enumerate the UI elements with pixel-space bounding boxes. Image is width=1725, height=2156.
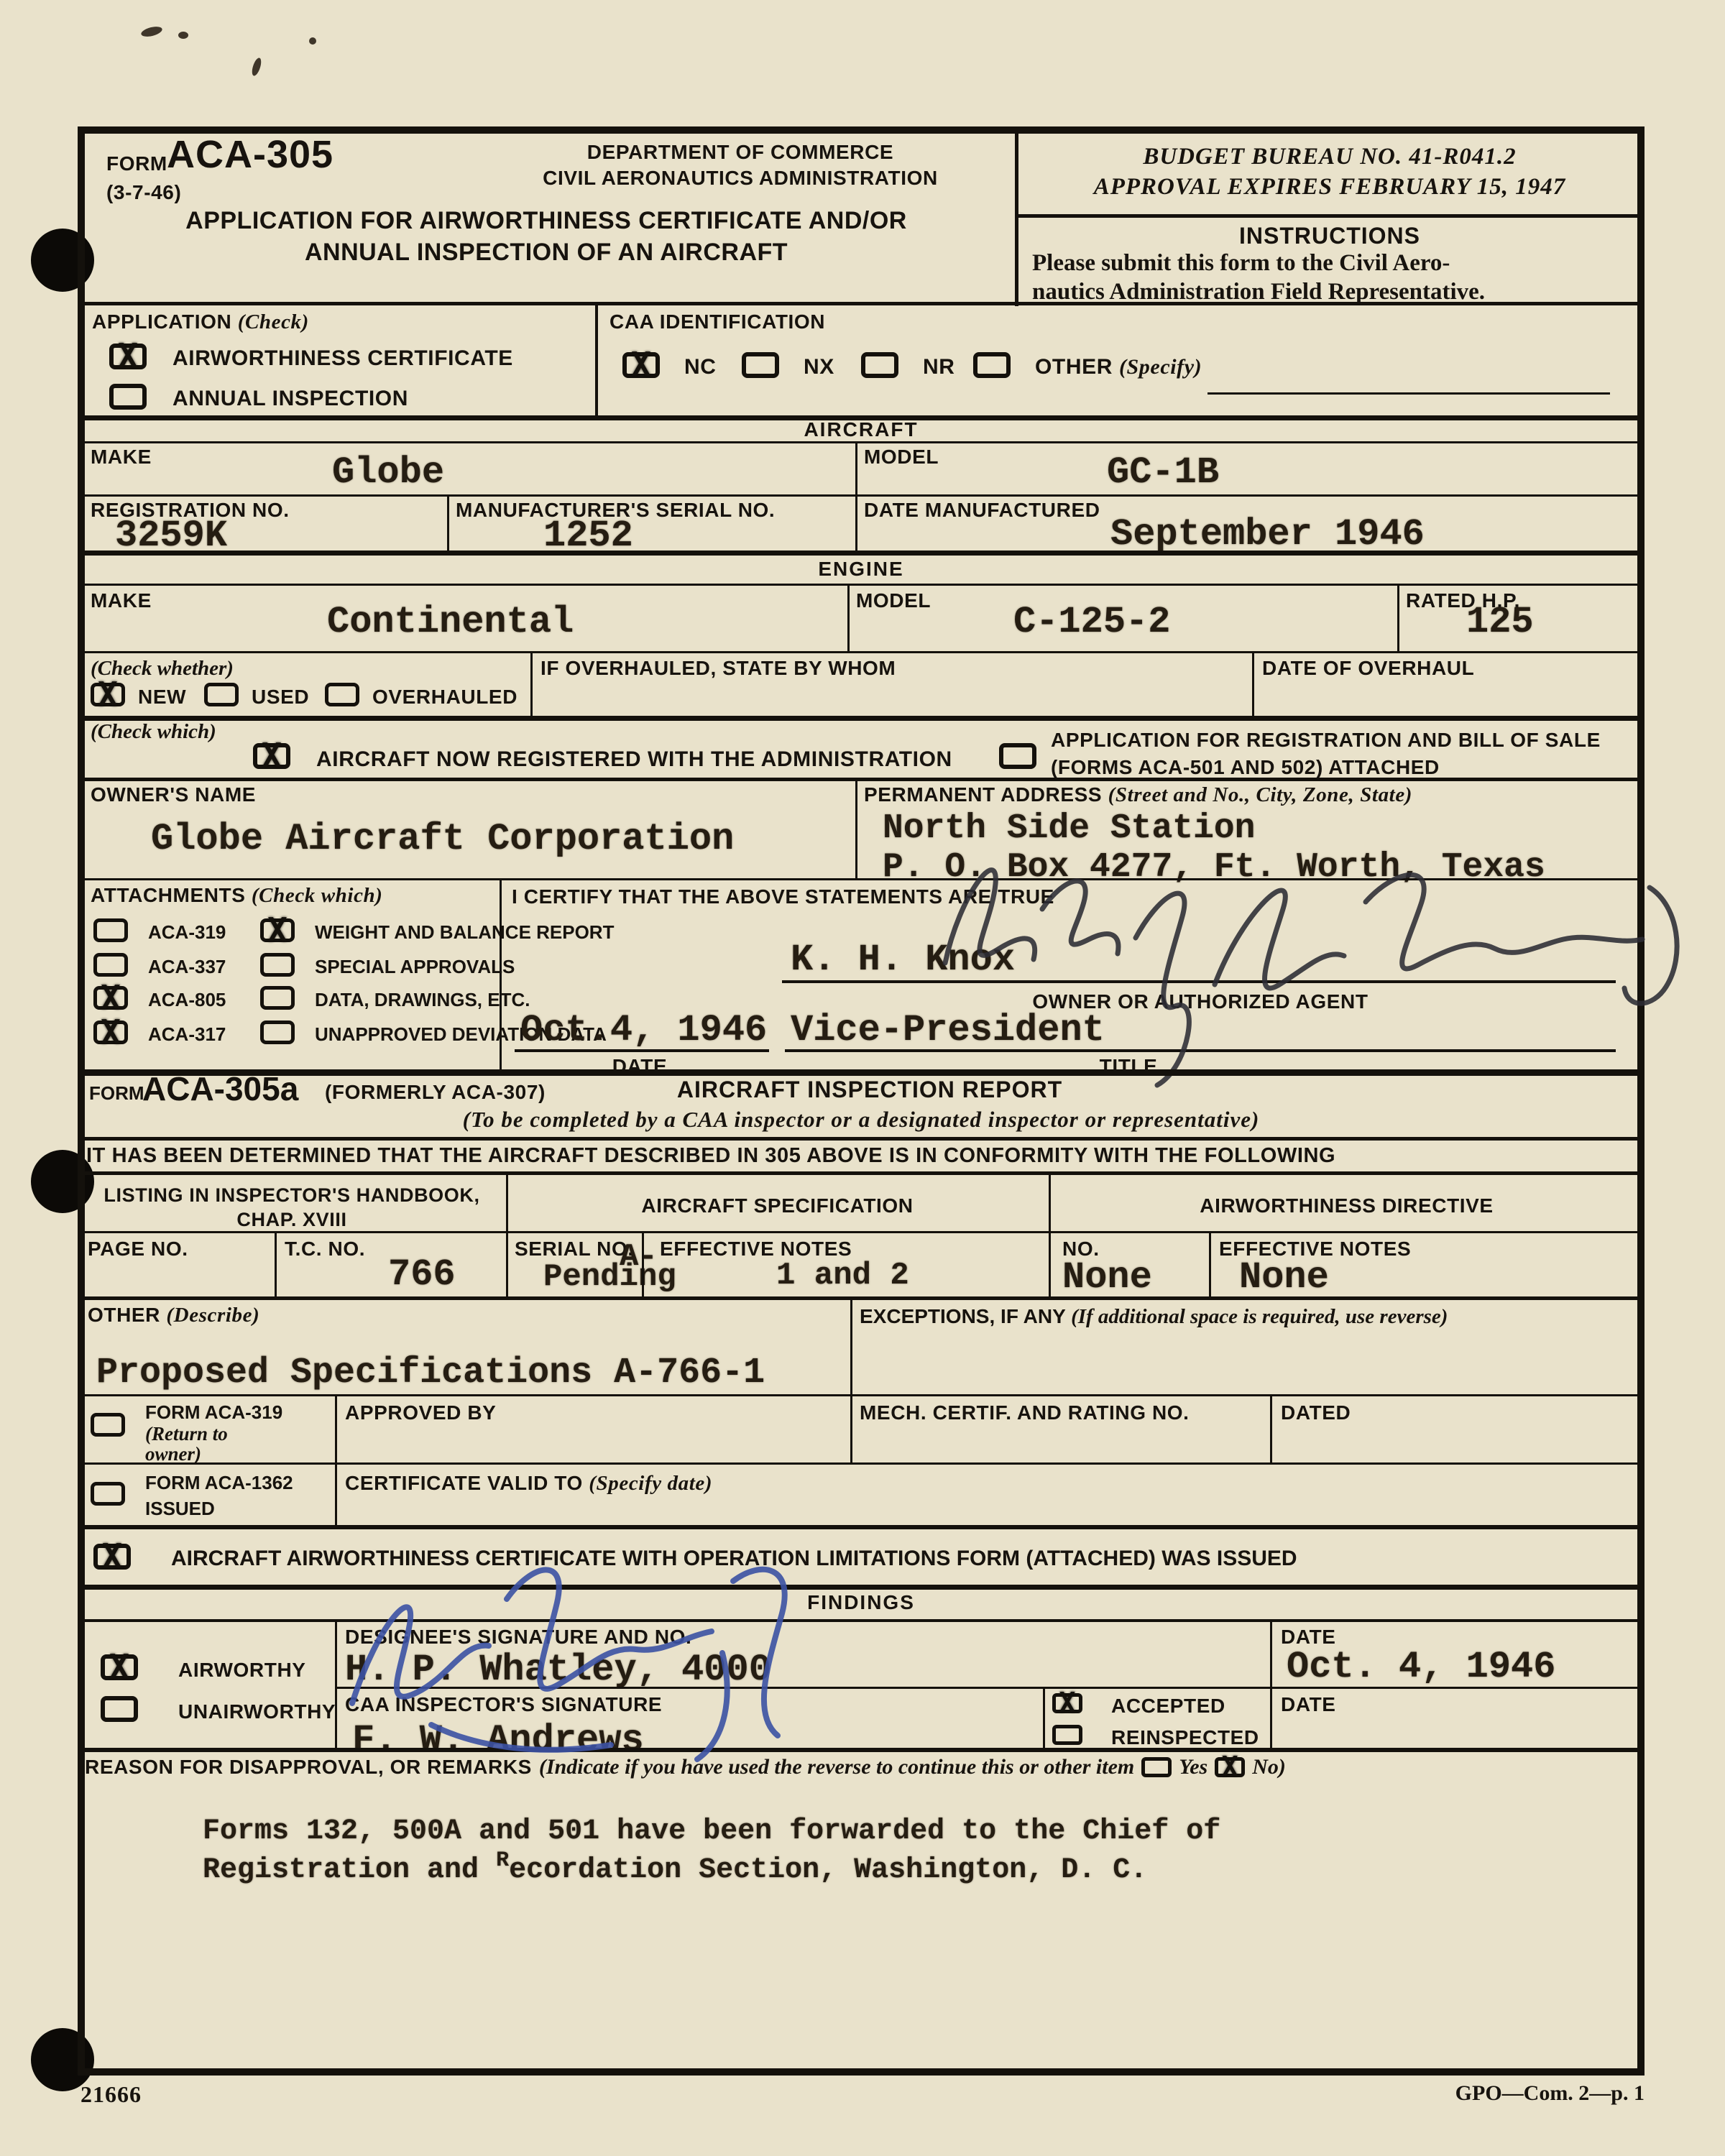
divider-line [78, 1171, 1644, 1175]
nr-checkbox [861, 352, 898, 378]
dated-label: DATED [1281, 1401, 1351, 1424]
check-which-label: (Check which) [91, 720, 216, 744]
divider-line [78, 302, 1644, 305]
page-no-label: PAGE NO. [88, 1238, 188, 1261]
airworthiness-certificate-label: AIRWORTHINESS CERTIFICATE [172, 346, 513, 371]
form-revision-date: (3-7-46) [106, 181, 181, 204]
unairworthy-checkbox [101, 1696, 138, 1722]
directive-no-value: None [1062, 1256, 1152, 1299]
divider-line [1270, 1396, 1272, 1462]
aca-317-label: ACA-317 [148, 1023, 226, 1046]
accepted-checkbox: X [1052, 1693, 1082, 1713]
divider-line [78, 584, 1644, 586]
ir-form-label: FORM [89, 1082, 144, 1105]
exceptions-note: (If additional space is required, use re… [1071, 1305, 1448, 1328]
divider-line [78, 1296, 1644, 1300]
reinspected-label: REINSPECTED [1111, 1726, 1259, 1749]
divider-line [847, 584, 850, 651]
nc-checkbox: X [622, 352, 660, 378]
attachments-label: ATTACHMENTS (Check which) [91, 884, 383, 908]
divider-line [78, 1231, 1644, 1233]
divider-line [850, 1396, 852, 1462]
check-mark: X [262, 739, 282, 772]
aca-805-checkbox: X [93, 986, 128, 1010]
check-mark: X [1059, 1689, 1076, 1716]
remarks-body-line2: Registration and Recordation Section, Wa… [203, 1854, 1147, 1886]
check-mark: X [101, 981, 121, 1014]
engine-overhauled-label: OVERHAULED [372, 686, 517, 709]
date-of-overhaul-label: DATE OF OVERHAUL [1262, 657, 1474, 680]
findings-date2-label: DATE [1281, 1693, 1336, 1716]
spec-serial-value-bottom: Pending [543, 1259, 676, 1295]
engine-new-label: NEW [138, 686, 186, 709]
divider-line [1209, 1233, 1211, 1296]
divider-line [1252, 651, 1254, 716]
spec-effective-notes-value: 1 and 2 [776, 1258, 909, 1294]
check-mark: X [1222, 1753, 1238, 1780]
other-id-label-text: OTHER [1035, 355, 1119, 379]
divider-line [855, 441, 857, 494]
divider-line [506, 1233, 508, 1296]
divider-line [78, 1394, 1644, 1396]
divider-line [275, 1233, 277, 1296]
divider-line [78, 1137, 1644, 1141]
annual-inspection-label: ANNUAL INSPECTION [172, 387, 408, 411]
divider-line [78, 1462, 1644, 1465]
approved-by-label: APPROVED BY [345, 1401, 496, 1424]
check-mark: X [631, 348, 651, 381]
engine-section-title: ENGINE [78, 558, 1644, 581]
remarks-no-checkbox: X [1215, 1757, 1245, 1777]
divider-line [78, 441, 1644, 443]
remarks-yes-checkbox [1141, 1757, 1172, 1777]
designee-signature [302, 1531, 992, 1775]
form-aca-1362-checkbox [91, 1482, 125, 1506]
divider-line [855, 494, 857, 550]
application-label: APPLICATION (Check) [92, 310, 309, 334]
certificate-valid-to-text: CERTIFICATE VALID TO [345, 1472, 589, 1494]
special-approvals-label: SPECIAL APPROVALS [315, 956, 515, 978]
nr-label: NR [923, 355, 955, 379]
department-line: DEPARTMENT OF COMMERCE [460, 141, 1021, 164]
engine-model-label: MODEL [856, 589, 931, 612]
aca-319-label: ACA-319 [148, 921, 226, 944]
registered-checkbox: X [253, 743, 290, 769]
aircraft-specification-header: AIRCRAFT SPECIFICATION [506, 1194, 1049, 1217]
divider-line [78, 550, 1644, 556]
accepted-label: ACCEPTED [1111, 1695, 1225, 1718]
remarks-body-line2b: ecordation Section, Washington, D. C. [509, 1854, 1147, 1886]
engine-model-value: C-125-2 [1013, 601, 1170, 643]
aircraft-section-title: AIRCRAFT [78, 418, 1644, 441]
certificate-valid-to-note: (Specify date) [589, 1472, 712, 1495]
attachments-note: (Check which) [252, 884, 383, 907]
check-mark: X [98, 678, 118, 711]
divider-line [1049, 1233, 1051, 1296]
ink-smudge [140, 25, 163, 39]
aircraft-make-value: Globe [332, 451, 444, 494]
scanned-form-page: { "colors": {"paper": "#e9e2cb", "ink_bl… [0, 0, 1725, 2156]
other-id-note: (Specify) [1119, 355, 1202, 379]
registration-attached-line2: (FORMS ACA-501 AND 502) ATTACHED [1051, 756, 1440, 779]
form-aca-319-label: FORM ACA-319 [145, 1401, 282, 1424]
application-label-note: (Check) [238, 310, 309, 333]
other-describe-note: (Describe) [166, 1304, 259, 1327]
check-mark: X [109, 1650, 129, 1683]
weight-balance-label: WEIGHT AND BALANCE REPORT [315, 921, 614, 944]
remarks-body-line2a: Registration and [203, 1854, 496, 1886]
divider-line [78, 651, 1644, 653]
reinspected-checkbox [1052, 1725, 1082, 1745]
remarks-yes-label: Yes [1179, 1755, 1207, 1779]
application-label-text: APPLICATION [92, 310, 238, 333]
airworthiness-directive-header: AIRWORTHINESS DIRECTIVE [1049, 1194, 1644, 1217]
aca-317-checkbox: X [93, 1021, 128, 1044]
tc-no-label: T.C. NO. [285, 1238, 365, 1261]
data-drawings-checkbox [260, 986, 295, 1010]
divider-line [642, 1233, 644, 1296]
ink-smudge [309, 37, 316, 45]
check-mark: X [102, 1539, 122, 1572]
divider-line [335, 1396, 337, 1462]
data-drawings-label: DATA, DRAWINGS, ETC. [315, 989, 530, 1011]
remarks-label: REASON FOR DISAPPROVAL, OR REMARKS [85, 1756, 532, 1779]
airworthy-checkbox: X [101, 1654, 138, 1680]
remarks-no-label: No) [1252, 1755, 1286, 1779]
divider-line [335, 1465, 337, 1525]
engine-make-value: Continental [327, 601, 574, 643]
form-aca-1362-issued-label: ISSUED [145, 1498, 215, 1520]
footer-print-number: 21666 [80, 2081, 142, 2108]
certification-date-value: Oct.4, 1946 [520, 1009, 767, 1051]
listing-column-header-line2: CHAP. XVIII [78, 1209, 506, 1231]
budget-bureau-no: BUDGET BUREAU NO. 41-R041.2 [1018, 144, 1641, 170]
engine-new-checkbox: X [91, 683, 125, 706]
engine-make-label: MAKE [91, 589, 152, 612]
ir-form-number: ACA-305a [142, 1069, 298, 1108]
divider-line [595, 302, 598, 415]
administration-line: CIVIL AERONAUTICS ADMINISTRATION [460, 167, 1021, 190]
weight-balance-checkbox: X [260, 918, 295, 942]
aca-337-checkbox [93, 953, 128, 977]
nx-checkbox [742, 352, 779, 378]
aca-319-checkbox [93, 918, 128, 942]
date-manufactured-value: September 1946 [1110, 513, 1425, 556]
certificate-valid-to-label: CERTIFICATE VALID TO (Specify date) [345, 1472, 712, 1496]
engine-overhauled-checkbox [325, 683, 359, 706]
rated-hp-value: 125 [1466, 601, 1534, 643]
other-describe-label-text: OTHER [88, 1304, 166, 1326]
nx-label: NX [804, 355, 834, 379]
nc-label: NC [684, 355, 717, 379]
ir-title: AIRCRAFT INSPECTION REPORT [546, 1077, 1193, 1103]
registration-attached-line1: APPLICATION FOR REGISTRATION AND BILL OF… [1051, 729, 1601, 752]
form-aca-319-checkbox [91, 1413, 125, 1437]
ink-smudge [250, 57, 263, 77]
divider-line [447, 494, 449, 550]
form-aca-319-note1: (Return to [145, 1423, 228, 1445]
check-mark: X [267, 913, 287, 946]
ir-conformity-statement: IT HAS BEEN DETERMINED THAT THE AIRCRAFT… [86, 1144, 1335, 1168]
check-mark: X [101, 1015, 121, 1049]
divider-line [78, 716, 1644, 721]
date-line [515, 1049, 769, 1052]
special-approvals-checkbox [260, 953, 295, 977]
other-describe-value: Proposed Specifications A-766-1 [96, 1353, 765, 1393]
form-title-line2: ANNUAL INSPECTION OF AN AIRCRAFT [78, 239, 1015, 267]
remarks-body-line1: Forms 132, 500A and 501 have been forwar… [203, 1815, 1220, 1848]
overhauled-by-whom-label: IF OVERHAULED, STATE BY WHOM [540, 657, 896, 680]
divider-line [78, 1069, 1644, 1076]
registered-label: AIRCRAFT NOW REGISTERED WITH THE ADMINIS… [316, 747, 952, 772]
approval-expires: APPROVAL EXPIRES FEBRUARY 15, 1947 [1018, 174, 1641, 201]
caa-identification-label: CAA IDENTIFICATION [609, 310, 825, 333]
footer-gpo: GPO—Com. 2—p. 1 [1330, 2081, 1644, 2106]
other-id-checkbox [973, 352, 1011, 378]
aca-805-label: ACA-805 [148, 989, 226, 1011]
attachments-label-text: ATTACHMENTS [91, 884, 252, 906]
remarks-note: (Indicate if you have used the reverse t… [539, 1755, 1134, 1779]
airworthiness-certificate-checkbox: X [109, 344, 147, 369]
ir-formerly-label: (FORMERLY ACA-307) [325, 1081, 546, 1104]
spec-serial-label: SERIAL NO. [515, 1238, 634, 1261]
divider-line [850, 1300, 852, 1394]
owner-signature [906, 801, 1725, 1103]
aircraft-model-value: GC-1B [1107, 451, 1219, 494]
engine-used-label: USED [252, 686, 309, 709]
ink-smudge [178, 32, 188, 39]
divider-line [1397, 584, 1399, 651]
unapproved-deviation-checkbox [260, 1021, 295, 1044]
listing-column-header-line1: LISTING IN INSPECTOR'S HANDBOOK, [78, 1184, 506, 1207]
form-number-label: FORM [106, 152, 167, 175]
remarks-label-row: REASON FOR DISAPPROVAL, OR REMARKS (Indi… [85, 1755, 1286, 1779]
tc-no-value: 766 [388, 1253, 456, 1296]
divider-line [855, 781, 857, 878]
owner-name-value: Globe Aircraft Corporation [151, 818, 734, 860]
check-mark: X [118, 339, 138, 372]
other-describe-label: OTHER (Describe) [88, 1304, 259, 1327]
annual-inspection-checkbox [109, 384, 147, 410]
instructions-title: INSTRUCTIONS [1018, 223, 1641, 249]
aircraft-model-label: MODEL [864, 446, 939, 469]
airworthy-label: AIRWORTHY [178, 1659, 306, 1682]
other-id-label: OTHER (Specify) [1035, 355, 1202, 379]
remarks-superscript-r: R [496, 1848, 509, 1873]
mech-certif-label: MECH. CERTIF. AND RATING NO. [860, 1401, 1190, 1424]
findings-date-value: Oct. 4, 1946 [1287, 1646, 1555, 1688]
date-manufactured-label: DATE MANUFACTURED [864, 499, 1100, 522]
divider-line [78, 778, 1644, 781]
divider-line [1015, 214, 1644, 218]
aircraft-make-label: MAKE [91, 446, 152, 469]
divider-line [530, 651, 533, 716]
other-id-write-line [1207, 392, 1610, 395]
owner-name-label: OWNER'S NAME [91, 783, 256, 806]
divider-line [78, 1525, 1644, 1529]
engine-used-checkbox [204, 683, 239, 706]
ir-subtitle: (To be completed by a CAA inspector or a… [78, 1107, 1644, 1133]
registration-attached-checkbox [999, 743, 1036, 769]
exceptions-label: EXCEPTIONS, IF ANY (If additional space … [860, 1302, 1607, 1331]
divider-line [1043, 1689, 1045, 1751]
form-title-line1: APPLICATION FOR AIRWORTHINESS CERTIFICAT… [78, 207, 1015, 235]
aca-337-label: ACA-337 [148, 956, 226, 978]
certificate-issued-checkbox: X [93, 1544, 131, 1570]
form-number: ACA-305 [167, 132, 333, 177]
divider-line [78, 494, 1644, 497]
exceptions-label-text: EXCEPTIONS, IF ANY [860, 1305, 1071, 1327]
form-aca-1362-label: FORM ACA-1362 [145, 1472, 293, 1494]
directive-effective-notes-value: None [1239, 1256, 1329, 1299]
instructions-line1: Please submit this form to the Civil Aer… [1032, 250, 1450, 277]
